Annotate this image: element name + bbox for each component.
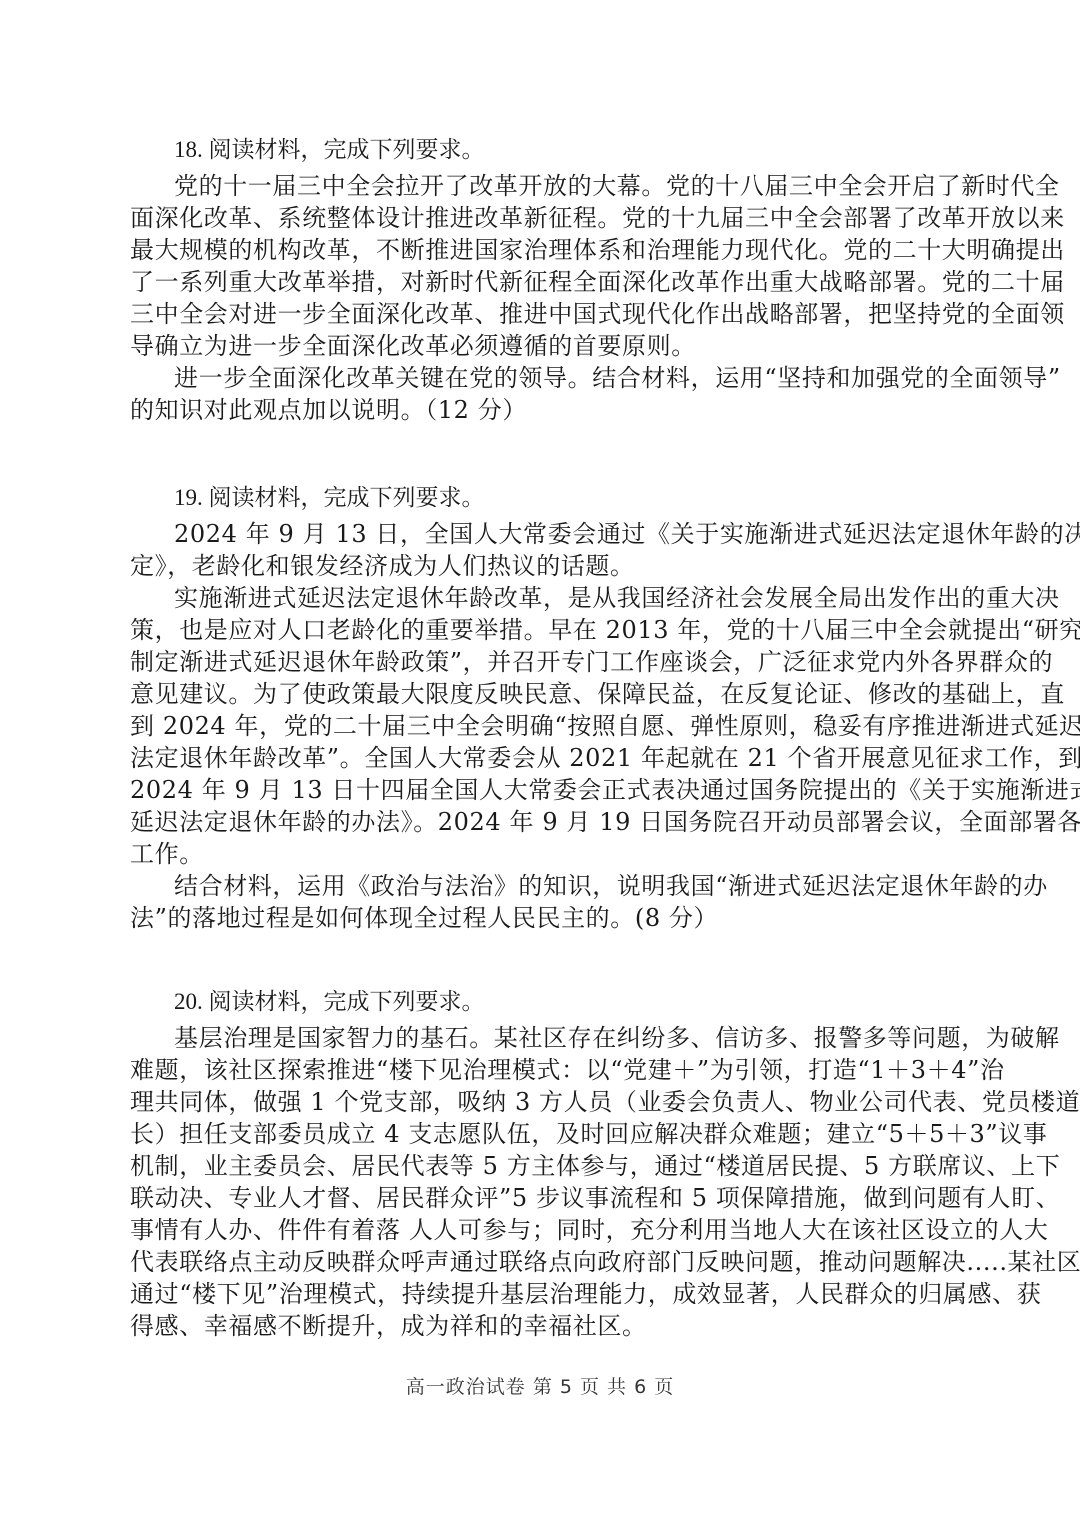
paragraph-line: 通过“楼下见”治理模式，持续提升基层治理能力，成效显著，人民群众的归属感、获 (130, 1278, 952, 1310)
paragraph-line: 2024 年 9 月 13 日，全国人大常委会通过《关于实施渐进式延迟法定退休年… (130, 518, 952, 550)
paragraph-line: 长）担任支部委员成立 4 支志愿队伍，及时回应解决群众难题；建立“5＋5＋3”议… (130, 1118, 952, 1150)
paragraph-line: 基层治理是国家智力的基石。某社区存在纠纷多、信访多、报警多等问题，为破解 (130, 1022, 952, 1054)
paragraph-line: 难题，该社区探索推进“楼下见治理模式：以“党建＋”为引领，打造“1＋3＋4”治 (130, 1054, 952, 1086)
paragraph-line: 实施渐进式延迟法定退休年龄改革，是从我国经济社会发展全局出发作出的重大决 (130, 582, 952, 614)
question-prompt-line: 法”的落地过程是如何体现全过程人民民主的。(8 分） (130, 902, 952, 934)
question-19: 19. 阅读材料，完成下列要求。 2024 年 9 月 13 日，全国人大常委会… (130, 478, 952, 934)
paragraph-line: 策，也是应对人口老龄化的重要举措。早在 2013 年，党的十八届三中全会就提出“… (130, 614, 952, 646)
question-prompt-line: 结合材料，运用《政治与法治》的知识，说明我国“渐进式延迟法定退休年龄的办 (130, 870, 952, 902)
paragraph-line: 定》，老龄化和银发经济成为人们热议的话题。 (130, 550, 952, 582)
paragraph-line: 最大规模的机构改革，不断推进国家治理体系和治理能力现代化。党的二十大明确提出 (130, 234, 952, 266)
paragraph-line: 法定退休年龄改革”。全国人大常委会从 2021 年起就在 21 个省开展意见征求… (130, 742, 952, 774)
paragraph-line: 延迟法定退休年龄的办法》。2024 年 9 月 19 日国务院召开动员部署会议，… (130, 806, 952, 838)
paragraph-line: 机制，业主委员会、居民代表等 5 方主体参与，通过“楼道居民提、5 方联席议、上… (130, 1150, 952, 1182)
question-header: 19. 阅读材料，完成下列要求。 (130, 478, 952, 518)
question-18: 18. 阅读材料，完成下列要求。 党的十一届三中全会拉开了改革开放的大幕。党的十… (130, 130, 952, 426)
paragraph-line: 理共同体，做强 1 个党支部，吸纳 3 方人员（业委会负责人、物业公司代表、党员… (130, 1086, 952, 1118)
paragraph-line: 工作。 (130, 838, 952, 870)
paragraph-line: 代表联络点主动反映群众呼声通过联络点向政府部门反映问题，推动问题解决.....某… (130, 1246, 952, 1278)
paragraph-line: 党的十一届三中全会拉开了改革开放的大幕。党的十八届三中全会开启了新时代全 (130, 170, 952, 202)
paragraph-line: 意见建议。为了使政策最大限度反映民意、保障民益，在反复论证、修改的基础上，直 (130, 678, 952, 710)
question-header: 18. 阅读材料，完成下列要求。 (130, 130, 952, 170)
paragraph-line: 事情有人办、件件有着落 人人可参与；同时，充分利用当地人大在该社区设立的人大 (130, 1214, 952, 1246)
paragraph-line: 制定渐进式延迟退休年龄政策”，并召开专门工作座谈会，广泛征求党内外各界群众的 (130, 646, 952, 678)
paragraph-line: 面深化改革、系统整体设计推进改革新征程。党的十九届三中全会部署了改革开放以来 (130, 202, 952, 234)
page-footer: 高一政治试卷 第 5 页 共 6 页 (0, 1372, 1080, 1399)
question-header: 20. 阅读材料，完成下列要求。 (130, 982, 952, 1022)
paragraph-line: 导确立为进一步全面深化改革必须遵循的首要原则。 (130, 330, 952, 362)
question-prompt-line: 的知识对此观点加以说明。（12 分） (130, 394, 952, 426)
paragraph-line: 2024 年 9 月 13 日十四届全国人大常委会正式表决通过国务院提出的《关于… (130, 774, 952, 806)
paragraph-line: 了一系列重大改革举措，对新时代新征程全面深化改革作出重大战略部署。党的二十届 (130, 266, 952, 298)
paragraph-line: 联动决、专业人才督、居民群众评”5 步议事流程和 5 项保障措施，做到问题有人盯… (130, 1182, 952, 1214)
question-prompt-line: 进一步全面深化改革关键在党的领导。结合材料，运用“坚持和加强党的全面领导” (130, 362, 952, 394)
paragraph-line: 到 2024 年，党的二十届三中全会明确“按照自愿、弹性原则，稳妥有序推进渐进式… (130, 710, 952, 742)
paragraph-line: 三中全会对进一步全面深化改革、推进中国式现代化作出战略部署，把坚持党的全面领 (130, 298, 952, 330)
question-20: 20. 阅读材料，完成下列要求。 基层治理是国家智力的基石。某社区存在纠纷多、信… (130, 982, 952, 1342)
paragraph-line: 得感、幸福感不断提升，成为祥和的幸福社区。 (130, 1310, 952, 1342)
